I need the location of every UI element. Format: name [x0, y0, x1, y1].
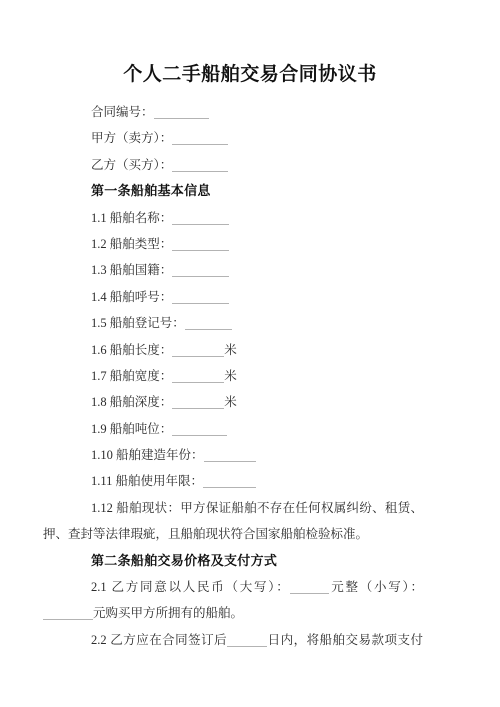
text-segment: 米 — [224, 369, 237, 383]
document-title: 个人二手船舶交易合同协议书 — [0, 0, 500, 88]
text-segment: 米 — [224, 395, 237, 409]
item-1-2-ship-type: 1.2 船舶类型： — [43, 231, 423, 257]
item-1-1-ship-name: 1.1 船舶名称： — [43, 205, 423, 231]
blank-field — [172, 398, 224, 409]
text-segment: 1.3 船舶国籍： — [91, 263, 172, 277]
item-1-12-ship-status-line-2: 押、查封等法律瑕疵，且船舶现状符合国家船舶检验标准。 — [43, 521, 423, 547]
text-segment: 押、查封等法律瑕疵，且船舶现状符合国家船舶检验标准。 — [43, 527, 368, 541]
blank-field — [203, 477, 256, 488]
item-1-6-ship-length: 1.6 船舶长度：米 — [43, 337, 423, 363]
blank-field — [172, 214, 229, 225]
contract-page: 个人二手船舶交易合同协议书 合同编号：甲方（卖方）：乙方（买方）：第一条船舶基本… — [0, 0, 500, 707]
text-segment: 元整（小写）： — [329, 580, 423, 594]
text-segment: 1.9 船舶吨位： — [91, 422, 172, 436]
text-segment: 1.8 船舶深度： — [91, 395, 172, 409]
item-2-1-price-line-1: 2.1 乙方同意以人民币（大写）：元整（小写）： — [43, 574, 423, 600]
item-1-4-ship-callsign: 1.4 船舶呼号： — [43, 284, 423, 310]
text-segment: 甲方（卖方）： — [91, 131, 172, 145]
text-segment: 元购买甲方所拥有的船舶。 — [93, 606, 243, 620]
item-2-2-payment-line-1: 2.2 乙方应在合同签订后日内，将船舶交易款项支付至 — [43, 627, 423, 653]
blank-field — [185, 319, 232, 330]
blank-field — [172, 266, 229, 277]
text-segment: 1.7 船舶宽度： — [91, 369, 172, 383]
text-segment: 1.5 船舶登记号： — [91, 316, 185, 330]
item-1-10-build-year: 1.10 船舶建造年份： — [43, 442, 423, 468]
text-segment: 1.2 船舶类型： — [91, 237, 172, 251]
blank-field — [172, 372, 224, 383]
section-2-heading: 第二条船舶交易价格及支付方式 — [43, 548, 423, 574]
text-segment: 第二条船舶交易价格及支付方式 — [91, 553, 277, 568]
text-segment: 2.2 乙方应在合同签订后 — [91, 633, 227, 647]
text-segment: 1.11 船舶使用年限： — [91, 474, 203, 488]
party-a-line: 甲方（卖方）： — [43, 125, 423, 151]
section-1-heading: 第一条船舶基本信息 — [43, 178, 423, 204]
blank-field — [172, 293, 229, 304]
blank-field — [172, 425, 227, 436]
item-1-7-ship-width: 1.7 船舶宽度：米 — [43, 363, 423, 389]
blank-field — [290, 583, 329, 594]
text-segment: 1.4 船舶呼号： — [91, 290, 172, 304]
item-1-5-ship-registration: 1.5 船舶登记号： — [43, 310, 423, 336]
text-segment: 1.12 船舶现状：甲方保证船舶不存在任何权属纠纷、租赁、抵 — [43, 501, 423, 521]
blank-field — [172, 134, 228, 145]
text-segment: 合同编号： — [91, 105, 154, 119]
party-b-line: 乙方（买方）： — [43, 152, 423, 178]
blank-field — [172, 240, 229, 251]
text-segment: 乙方（买方）： — [91, 158, 172, 172]
contract-number-line: 合同编号： — [43, 99, 423, 125]
item-1-12-ship-status-line-1: 1.12 船舶现状：甲方保证船舶不存在任何权属纠纷、租赁、抵 — [43, 495, 423, 521]
document-body: 合同编号：甲方（卖方）：乙方（买方）：第一条船舶基本信息1.1 船舶名称：1.2… — [0, 99, 500, 653]
blank-field — [172, 346, 224, 357]
item-1-11-service-life: 1.11 船舶使用年限： — [43, 468, 423, 494]
text-segment: 1.1 船舶名称： — [91, 211, 172, 225]
text-segment: 2.1 乙方同意以人民币（大写）： — [91, 580, 290, 594]
blank-field — [43, 609, 93, 620]
text-segment: 1.10 船舶建造年份： — [91, 448, 204, 462]
blank-field — [204, 451, 256, 462]
text-segment: 米 — [224, 343, 237, 357]
blank-field — [227, 636, 267, 647]
item-2-1-price-line-2: 元购买甲方所拥有的船舶。 — [43, 600, 423, 626]
item-1-9-ship-tonnage: 1.9 船舶吨位： — [43, 416, 423, 442]
blank-field — [172, 161, 228, 172]
blank-field — [154, 108, 209, 119]
item-1-8-ship-depth: 1.8 船舶深度：米 — [43, 389, 423, 415]
text-segment: 1.6 船舶长度： — [91, 343, 172, 357]
item-1-3-ship-nationality: 1.3 船舶国籍： — [43, 257, 423, 283]
text-segment: 第一条船舶基本信息 — [91, 183, 211, 198]
